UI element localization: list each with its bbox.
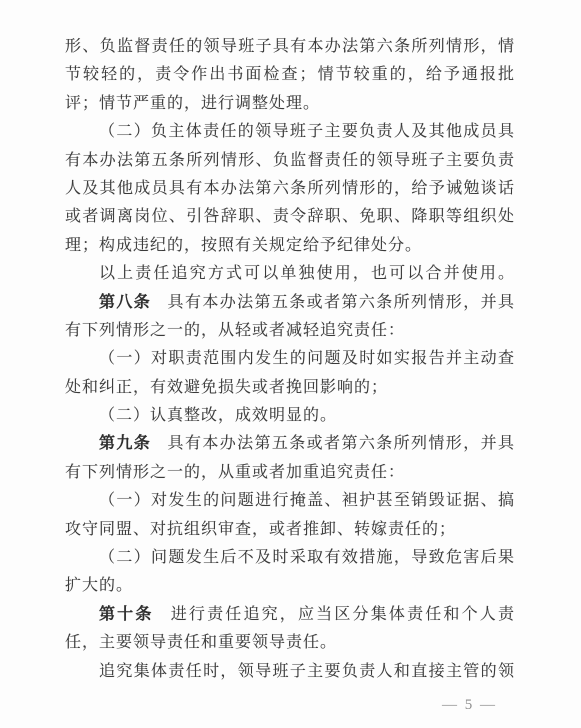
text-line: （二）认真整改，成效明显的。 <box>65 402 515 430</box>
line-text: 有本办法第五条所列情形、负监督责任的领导班子主要负责 <box>65 152 515 169</box>
text-line: 追究集体责任时，领导班子主要负责人和直接主管的领 <box>65 658 515 686</box>
text-line: （二）负主体责任的领导班子主要负责人及其他成员具 <box>65 118 515 146</box>
line-text: 具有本办法第五条或者第六条所列情形，并具 <box>167 294 515 311</box>
text-line: 有本办法第五条所列情形、负监督责任的领导班子主要负责 <box>65 147 515 175</box>
line-text: 理；构成违纪的，按照有关规定给予纪律处分。 <box>65 237 422 254</box>
line-text: 攻守同盟、对抗组织审查，或者推卸、转嫁责任的； <box>65 521 456 538</box>
text-line: （二）问题发生后不及时采取有效措施，导致危害后果 <box>65 544 515 572</box>
text-line: 节较轻的，责令作出书面检查；情节较重的，给予通报批 <box>65 61 515 89</box>
line-text: 节较轻的，责令作出书面检查；情节较重的，给予通报批 <box>65 66 515 83</box>
text-line: 第九条具有本办法第五条或者第六条所列情形，并具 <box>65 430 515 458</box>
document-page: 形、负监督责任的领导班子具有本办法第六条所列情形，情节较轻的，责令作出书面检查；… <box>0 0 581 728</box>
line-text: 有下列情形之一的，从重或者加重追究责任： <box>65 464 405 481</box>
line-text: 扩大的。 <box>65 577 133 594</box>
text-line: 有下列情形之一的，从轻或者减轻追究责任： <box>65 317 515 345</box>
text-line: 或者调离岗位、引咎辞职、责令辞职、免职、降职等组织处 <box>65 203 515 231</box>
line-text: 追究集体责任时，领导班子主要负责人和直接主管的领 <box>99 663 515 680</box>
text-line: 以上责任追究方式可以单独使用，也可以合并使用。 <box>65 260 515 288</box>
line-text: 进行责任追究，应当区分集体责任和个人责 <box>170 606 515 623</box>
text-line: 第八条具有本办法第五条或者第六条所列情形，并具 <box>65 289 515 317</box>
text-line: 处和纠正，有效避免损失或者挽回影响的； <box>65 374 515 402</box>
article-number: 第九条 <box>99 435 151 452</box>
article-number: 第十条 <box>99 606 154 623</box>
line-text: （二）认真整改，成效明显的。 <box>99 407 337 424</box>
line-text: 形、负监督责任的领导班子具有本办法第六条所列情形，情 <box>65 38 515 55</box>
text-line: 扩大的。 <box>65 572 515 600</box>
page-footer: — 5 — <box>442 696 497 714</box>
text-line: （一）对发生的问题进行掩盖、袒护甚至销毁证据、搞 <box>65 487 515 515</box>
line-text: 处和纠正，有效避免损失或者挽回影响的； <box>65 379 388 396</box>
article-number: 第八条 <box>99 294 151 311</box>
line-text: （二）问题发生后不及时采取有效措施，导致危害后果 <box>99 549 515 566</box>
line-text: 评；情节严重的，进行调整处理。 <box>65 95 320 112</box>
line-text: 人及其他成员具有本办法第六条所列情形的，给予诫勉谈话 <box>65 180 515 197</box>
line-text: 具有本办法第五条或者第六条所列情形，并具 <box>167 435 515 452</box>
text-line: 攻守同盟、对抗组织审查，或者推卸、转嫁责任的； <box>65 516 515 544</box>
text-line: 任，主要领导责任和重要领导责任。 <box>65 629 515 657</box>
line-text: （一）对发生的问题进行掩盖、袒护甚至销毁证据、搞 <box>99 492 515 509</box>
text-line: 理；构成违纪的，按照有关规定给予纪律处分。 <box>65 232 515 260</box>
text-line: （一）对职责范围内发生的问题及时如实报告并主动查 <box>65 345 515 373</box>
text-line: 评；情节严重的，进行调整处理。 <box>65 90 515 118</box>
line-text: （一）对职责范围内发生的问题及时如实报告并主动查 <box>99 350 515 367</box>
text-line: 人及其他成员具有本办法第六条所列情形的，给予诫勉谈话 <box>65 175 515 203</box>
text-line: 形、负监督责任的领导班子具有本办法第六条所列情形，情 <box>65 33 515 61</box>
line-text: 任，主要领导责任和重要领导责任。 <box>65 634 337 651</box>
text-line: 第十条进行责任追究，应当区分集体责任和个人责 <box>65 601 515 629</box>
line-text: 以上责任追究方式可以单独使用，也可以合并使用。 <box>99 265 515 282</box>
document-body: 形、负监督责任的领导班子具有本办法第六条所列情形，情节较轻的，责令作出书面检查；… <box>65 33 515 686</box>
line-text: 或者调离岗位、引咎辞职、责令辞职、免职、降职等组织处 <box>65 208 515 225</box>
line-text: 有下列情形之一的，从轻或者减轻追究责任： <box>65 322 405 339</box>
page-number: — 5 — <box>442 697 497 713</box>
line-text: （二）负主体责任的领导班子主要负责人及其他成员具 <box>99 123 515 140</box>
text-line: 有下列情形之一的，从重或者加重追究责任： <box>65 459 515 487</box>
